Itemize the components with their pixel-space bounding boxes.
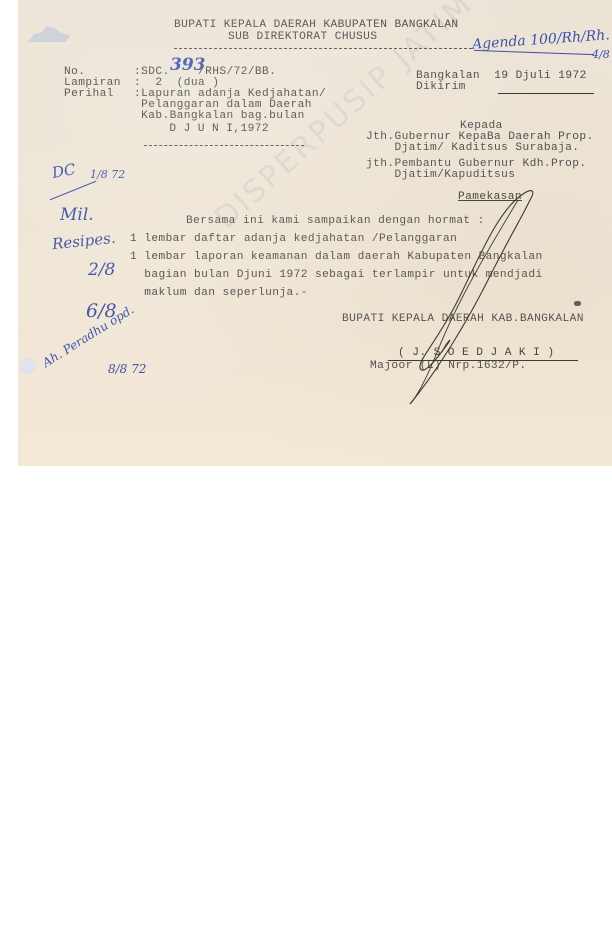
signatory-title: BUPATI KEPALA DAERAH KAB.BANGKALAN xyxy=(342,314,584,325)
perihal-line: Kab.Bangkalan bag.bulan xyxy=(134,111,305,122)
torn-corner xyxy=(26,24,72,46)
body-item: maklum dan seperlunja.- xyxy=(130,288,308,299)
perihal-rule xyxy=(144,145,304,146)
perihal-label: Perihal xyxy=(64,89,114,100)
signatory-rank: Majoor (L) Nrp.1632/P. xyxy=(370,361,527,372)
handwritten-agenda-ref: Agenda 100/Rh/Rh. xyxy=(472,27,611,53)
handwritten-margin: Resipes. xyxy=(51,229,116,254)
agenda-underline xyxy=(474,50,594,55)
handwritten-bottom-date: 8/8 72 xyxy=(108,362,146,376)
handwritten-letter-number: 393 xyxy=(170,55,206,75)
body-opening: Bersama ini kami sampaikan dengan hormat… xyxy=(186,216,485,227)
letterhead-rule xyxy=(174,48,472,49)
ink-speck xyxy=(574,301,581,306)
handwritten-margin: Mil. xyxy=(60,205,94,225)
recipient-line: Djatim/ Kaditsus Surabaja. xyxy=(366,143,579,154)
body-item: bagian bulan Djuni 1972 sebagai terlampi… xyxy=(130,270,543,281)
recipient-city: Pamekasan xyxy=(458,192,522,203)
signatory-name: ( J. S O E D J A K I ) xyxy=(398,348,555,359)
letterhead-line1: BUPATI KEPALA DAERAH KABUPATEN BANGKALAN xyxy=(174,20,459,31)
handwritten-agenda-date: 4/8 xyxy=(592,48,610,61)
perihal-month: D J U N I,1972 xyxy=(148,124,269,135)
dikirim-label: Dikirim xyxy=(416,82,466,93)
dikirim-line xyxy=(498,93,594,94)
letterhead-line2: SUB DIREKTORAT CHUSUS xyxy=(228,32,377,43)
scanned-letter: DISPERPUSIP JATIM BUPATI KEPALA DAERAH K… xyxy=(18,0,612,466)
dc-underline xyxy=(50,181,97,201)
handwritten-margin: 2/8 xyxy=(88,260,115,280)
punch-hole xyxy=(20,358,36,374)
body-item: 1 lembar laporan keamanan dalam daerah K… xyxy=(130,252,543,263)
recipient-line: Djatim/Kapuditsus xyxy=(366,170,515,181)
handwritten-dc: DC xyxy=(51,160,77,182)
body-item: 1 lembar daftar adanja kedjahatan /Pelan… xyxy=(130,234,457,245)
handwritten-dc-date: 1/8 72 xyxy=(90,168,125,181)
